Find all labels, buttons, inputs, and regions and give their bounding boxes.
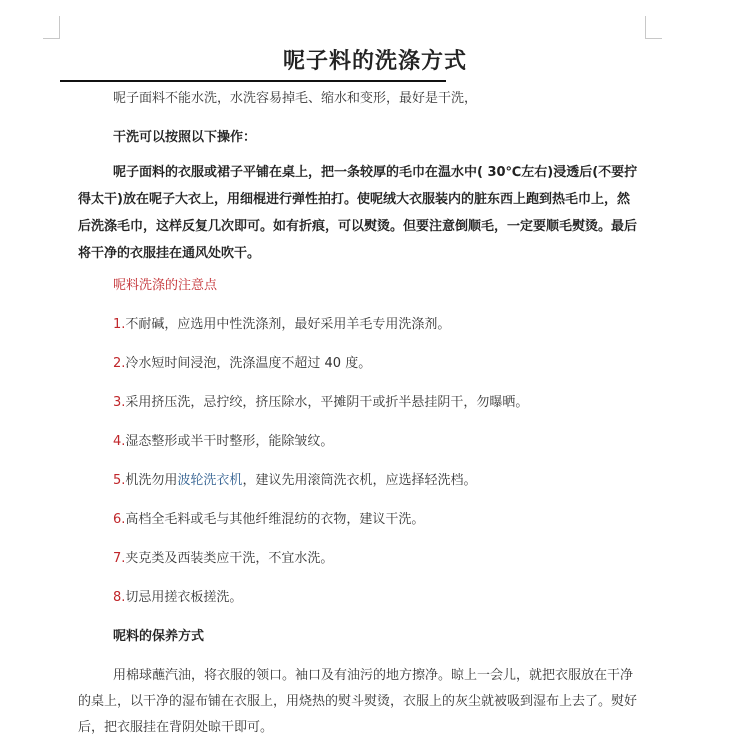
note-item-2: 2.冷水短时间浸泡，洗涤温度不超过 40 度。 xyxy=(78,351,638,377)
note-number: 4. xyxy=(113,434,125,449)
note-text: 冷水短时间浸泡，洗涤温度不超过 40 度。 xyxy=(125,356,371,371)
page-corner-mark-top-right xyxy=(645,16,662,39)
page-corner-mark-top-left xyxy=(43,16,60,39)
note-text: 夹克类及西装类应干洗，不宜水洗。 xyxy=(125,551,333,566)
dry-clean-heading: 干洗可以按照以下操作： xyxy=(78,125,638,151)
note-item-3: 3.采用挤压洗，忌拧绞，挤压除水，平摊阴干或折半悬挂阴干，勿曝晒。 xyxy=(78,390,638,416)
note-text: 不耐碱，应选用中性洗涤剂，最好采用羊毛专用洗涤剂。 xyxy=(125,317,450,332)
note-number: 6. xyxy=(113,512,125,527)
note-item-7: 7.夹克类及西装类应干洗，不宜水洗。 xyxy=(78,546,638,572)
dry-clean-paragraph: 呢子面料的衣服或裙子平铺在桌上，把一条较厚的毛巾在温水中( 30℃左右)浸透后(… xyxy=(78,159,638,267)
title-underline-ext xyxy=(60,80,446,82)
note-text: 湿态整形或半干时整形，能除皱纹。 xyxy=(125,434,333,449)
note-item-5: 5.机洗勿用波轮洗衣机，建议先用滚筒洗衣机，应选择轻洗档。 xyxy=(78,468,638,494)
care-heading: 呢料的保养方式 xyxy=(78,624,638,650)
note-number: 3. xyxy=(113,395,125,410)
note-text: 切忌用搓衣板搓洗。 xyxy=(125,590,242,605)
notes-heading: 呢料洗涤的注意点 xyxy=(78,273,638,299)
note-number: 7. xyxy=(113,551,125,566)
note-number: 1. xyxy=(113,317,125,332)
note-item-1: 1.不耐碱，应选用中性洗涤剂，最好采用羊毛专用洗涤剂。 xyxy=(78,312,638,338)
intro-paragraph: 呢子面料不能水洗，水洗容易掉毛、缩水和变形，最好是干洗， xyxy=(78,86,638,112)
note-number: 2. xyxy=(113,356,125,371)
note-number: 5. xyxy=(113,473,125,488)
document-title: 呢子料的洗涤方式 xyxy=(0,44,750,75)
note-item-8: 8.切忌用搓衣板搓洗。 xyxy=(78,585,638,611)
note-text: 高档全毛料或毛与其他纤维混纺的衣物，建议干洗。 xyxy=(125,512,424,527)
note-text: 采用挤压洗，忌拧绞，挤压除水，平摊阴干或折半悬挂阴干，勿曝晒。 xyxy=(125,395,528,410)
care-paragraph: 用棉球蘸汽油，将衣服的领口。袖口及有油污的地方擦净。晾上一会儿，就把衣服放在干净… xyxy=(78,663,638,741)
note-item-6: 6.高档全毛料或毛与其他纤维混纺的衣物，建议干洗。 xyxy=(78,507,638,533)
note-text-pre: 机洗勿用 xyxy=(125,473,177,488)
note-number: 8. xyxy=(113,590,125,605)
washing-machine-link[interactable]: 波轮洗衣机 xyxy=(177,473,242,488)
note-item-4: 4.湿态整形或半干时整形，能除皱纹。 xyxy=(78,429,638,455)
note-text-post: ，建议先用滚筒洗衣机，应选择轻洗档。 xyxy=(242,473,476,488)
